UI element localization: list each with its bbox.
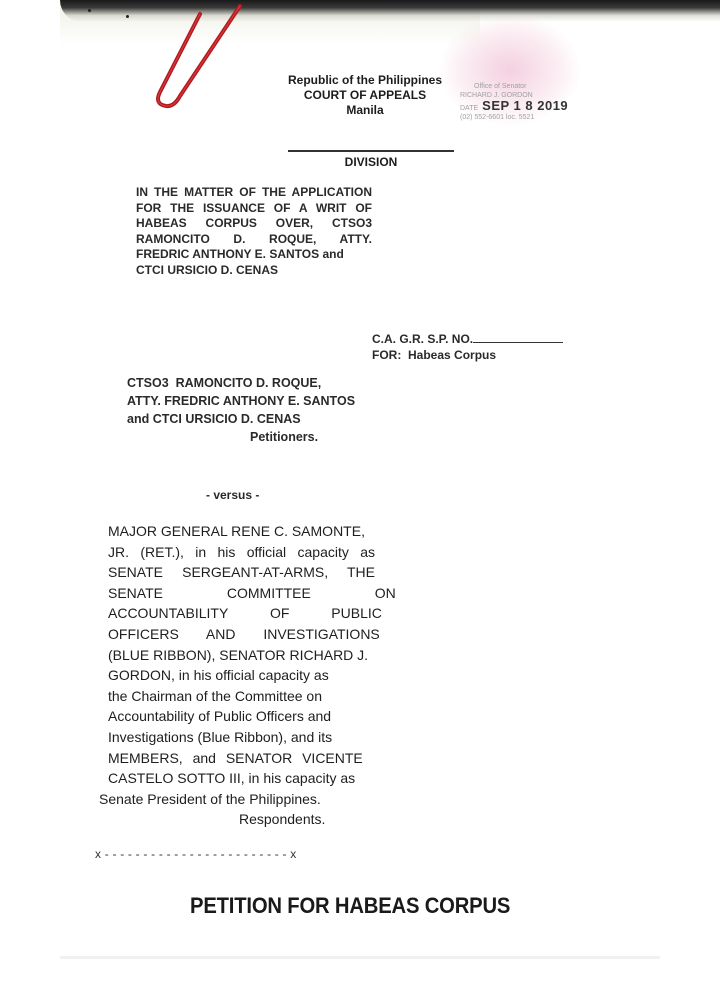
- case-number-blank: [473, 330, 563, 343]
- stamp-date: SEP 1 8 2019: [482, 101, 568, 110]
- header-republic: Republic of the Philippines: [270, 73, 460, 88]
- petitioner-line: CTSO3 RAMONCITO D. ROQUE,: [127, 374, 367, 392]
- respondent-line: Accountability of Public Officers and: [99, 706, 375, 727]
- petitioner-line: ATTY. FREDRIC ANTHONY E. SANTOS: [127, 392, 367, 410]
- page-bottom-edge: [60, 956, 660, 959]
- caption-line: HABEAS CORPUS OVER, CTSO3: [136, 216, 372, 232]
- respondent-line: OFFICERS AND INVESTIGATIONS: [99, 624, 375, 645]
- respondent-line: SENATE COMMITTEE ON: [99, 583, 375, 604]
- caption-line: RAMONCITO D. ROQUE, ATTY.: [136, 232, 372, 248]
- respondent-line: Investigations (Blue Ribbon), and its: [99, 727, 375, 748]
- stamp-office: Office of Senator: [460, 82, 580, 91]
- caption-line: FOR THE ISSUANCE OF A WRIT OF: [136, 201, 372, 217]
- speck: [126, 15, 129, 18]
- respondent-line: CASTELO SOTTO III, in his capacity as: [99, 768, 375, 789]
- case-number-label: C.A. G.R. S.P. NO.: [372, 332, 473, 346]
- caption-line: FREDRIC ANTHONY E. SANTOS and: [136, 247, 372, 263]
- petitioners-role: Petitioners.: [127, 428, 367, 446]
- petitioners-block: CTSO3 RAMONCITO D. ROQUE, ATTY. FREDRIC …: [127, 374, 367, 446]
- received-stamp: Office of Senator RICHARD J. GORDON DATE…: [460, 82, 580, 122]
- respondent-line: GORDON, in his official capacity as: [99, 665, 375, 686]
- stamp-footer: (02) 552-6601 loc. 5521: [460, 113, 580, 122]
- respondent-line: JR. (RET.), in his official capacity as: [99, 542, 375, 563]
- caption-separator: x - - - - - - - - - - - - - - - - - - - …: [95, 847, 296, 861]
- respondents-role: Respondents.: [99, 809, 375, 830]
- respondent-line: Senate President of the Philippines.: [99, 789, 375, 810]
- speck: [88, 9, 91, 12]
- division-blank-line: [288, 150, 454, 152]
- for-label: FOR:: [372, 348, 401, 362]
- header-court: COURT OF APPEALS: [270, 88, 460, 103]
- document-title: PETITION FOR HABEAS CORPUS: [190, 893, 510, 919]
- respondent-line: MAJOR GENERAL RENE C. SAMONTE,: [99, 521, 375, 542]
- stamp-date-label: DATE: [460, 104, 478, 113]
- in-the-matter-caption: IN THE MATTER OF THE APPLICATION FOR THE…: [136, 185, 372, 278]
- respondent-line: ACCOUNTABILITY OF PUBLIC: [99, 603, 375, 624]
- header-city: Manila: [270, 103, 460, 118]
- respondent-line: MEMBERS, and SENATOR VICENTE: [99, 748, 375, 769]
- versus-label: - versus -: [206, 488, 259, 502]
- division-label: DIVISION: [288, 155, 454, 169]
- respondent-line: the Chairman of the Committee on: [99, 686, 375, 707]
- case-number-block: C.A. G.R. S.P. NO. FOR: Habeas Corpus: [372, 330, 563, 363]
- respondents-block: MAJOR GENERAL RENE C. SAMONTE, JR. (RET.…: [99, 521, 375, 830]
- caption-line: IN THE MATTER OF THE APPLICATION: [136, 185, 372, 201]
- paperclip-icon: [148, 0, 258, 120]
- petitioner-line: and CTCI URSICIO D. CENAS: [127, 410, 367, 428]
- document-page: Republic of the Philippines COURT OF APP…: [0, 0, 720, 983]
- respondent-line: (BLUE RIBBON), SENATOR RICHARD J.: [99, 645, 375, 666]
- caption-line: CTCI URSICIO D. CENAS: [136, 263, 372, 279]
- for-value: Habeas Corpus: [408, 348, 496, 362]
- court-header: Republic of the Philippines COURT OF APP…: [270, 73, 460, 118]
- respondent-line: SENATE SERGEANT-AT-ARMS, THE: [99, 562, 375, 583]
